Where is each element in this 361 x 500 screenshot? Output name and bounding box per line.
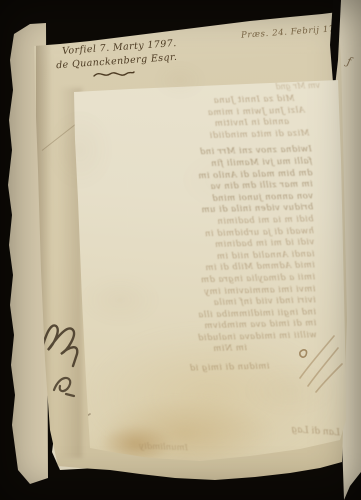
signature-flourish-icon [92,68,136,80]
bleed-signature-scrawl-icon [288,330,350,400]
bleed-through-text-block: Mid za Innit JunaAlzi Jnu Jwim i mimaann… [100,93,317,377]
margin-ink-mark-small-icon [50,366,78,398]
inscription-ad-acta: Ad acta, [51,16,103,34]
manuscript-scan: Ad acta, Vorfiel 7. Marty 1797. de Quanc… [0,0,361,500]
